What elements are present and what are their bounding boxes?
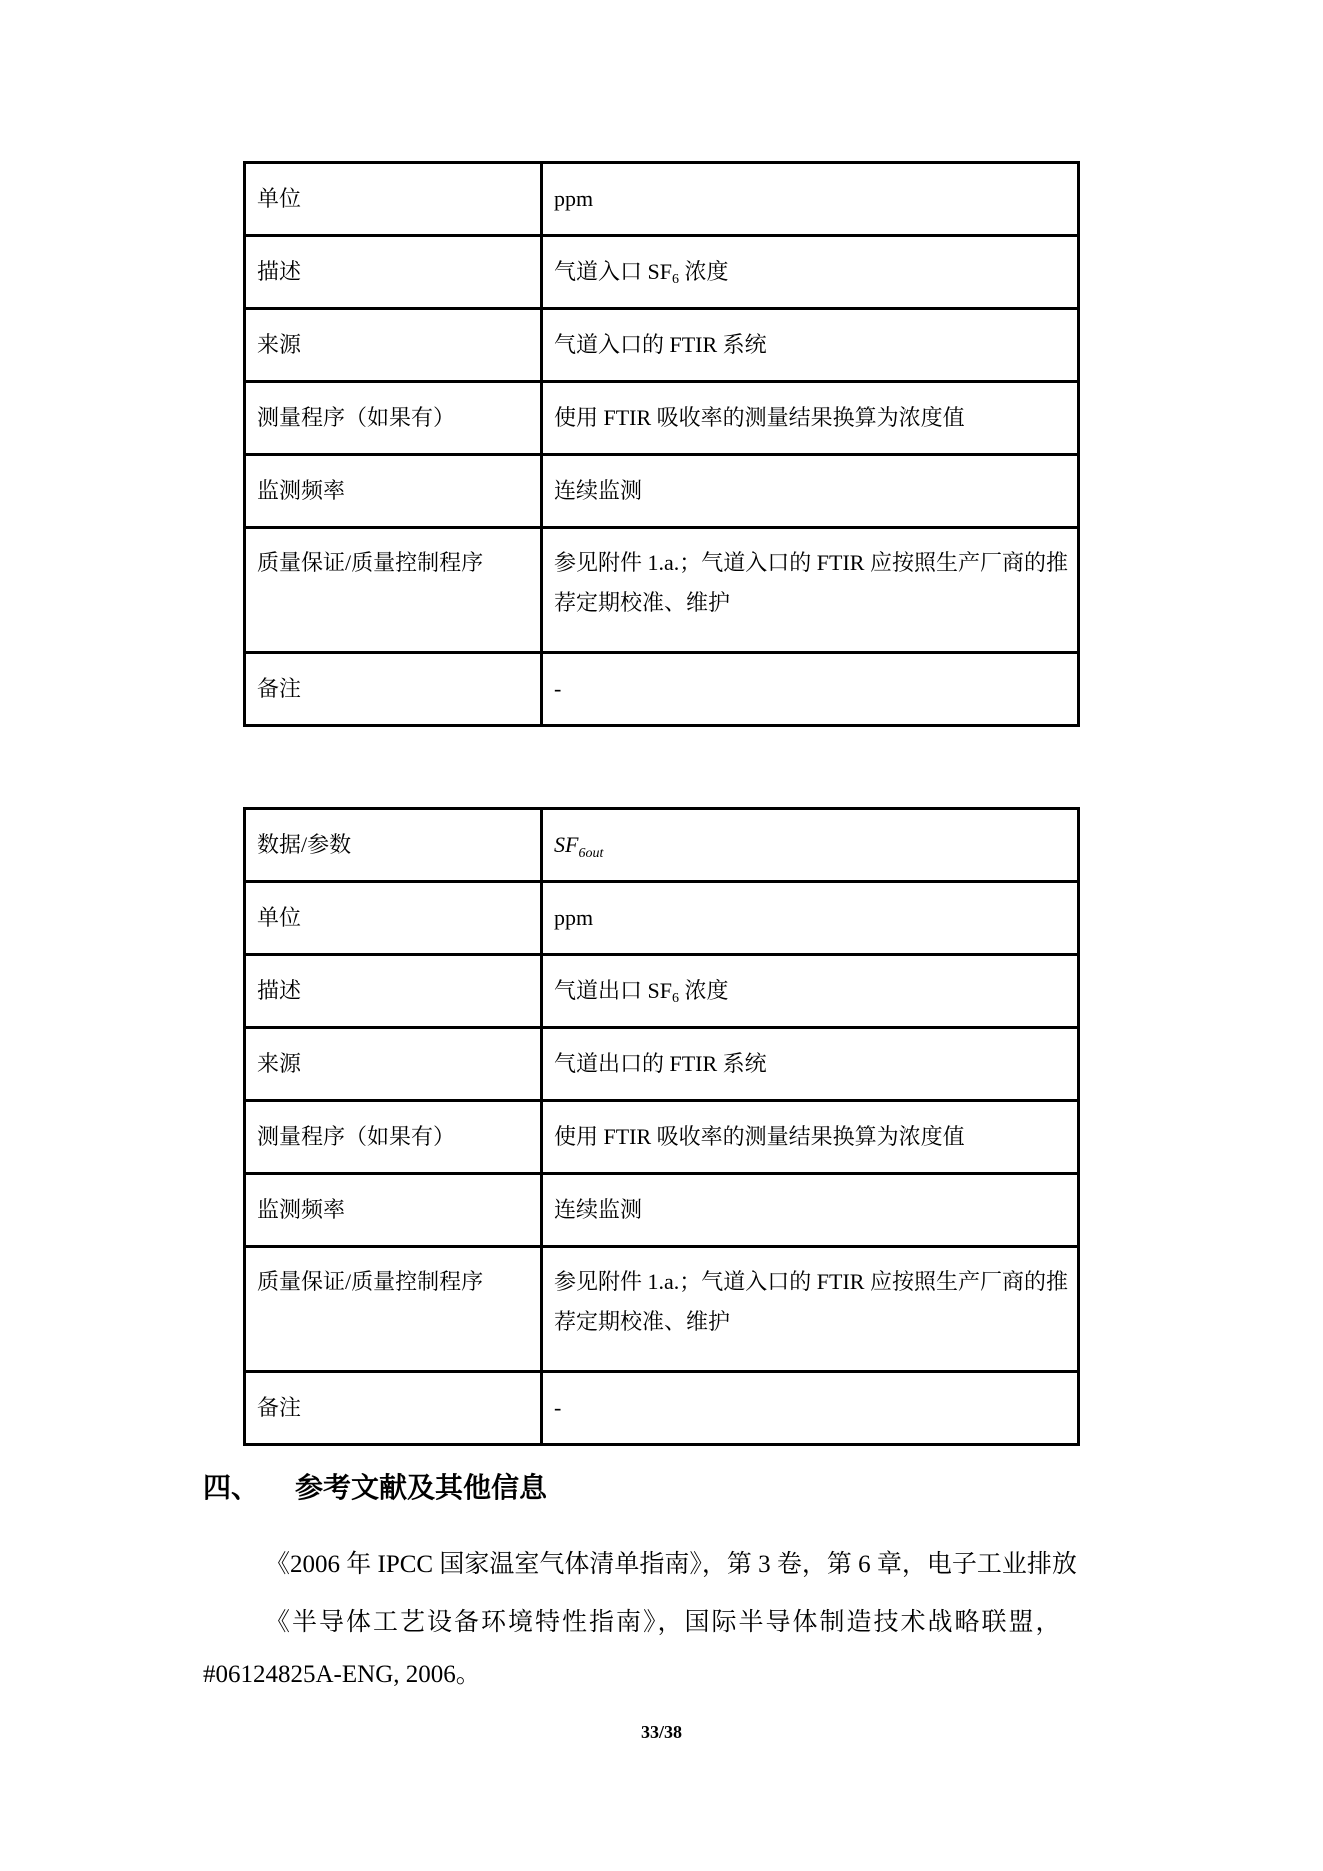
table-row: 备注 - bbox=[245, 653, 1079, 726]
table-row: 监测频率 连续监测 bbox=[245, 1174, 1079, 1247]
row-value: 连续监测 bbox=[542, 455, 1079, 528]
row-value: ppm bbox=[542, 163, 1079, 236]
table-row: 质量保证/质量控制程序 参见附件 1.a.；气道入口的 FTIR 应按照生产厂商… bbox=[245, 1247, 1079, 1372]
subscript: 6 bbox=[672, 272, 679, 287]
row-value: 气道出口的 FTIR 系统 bbox=[542, 1028, 1079, 1101]
row-label: 质量保证/质量控制程序 bbox=[245, 1247, 542, 1372]
row-label: 监测频率 bbox=[245, 1174, 542, 1247]
parameter-table-sf6-out: 数据/参数 SF6out 单位 ppm 描述 气道出口 SF6 浓度 来源 气道… bbox=[243, 807, 1080, 1446]
value-text: 浓度 bbox=[679, 978, 729, 1003]
symbol-subscript: 6out bbox=[578, 846, 603, 861]
reference-item: 《2006 年 IPCC 国家温室气体清单指南》，第 3 卷，第 6 章，电子工… bbox=[203, 1539, 1133, 1591]
table-row: 备注 - bbox=[245, 1372, 1079, 1445]
table-row: 测量程序（如果有） 使用 FTIR 吸收率的测量结果换算为浓度值 bbox=[245, 1101, 1079, 1174]
table-row: 监测频率 连续监测 bbox=[245, 455, 1079, 528]
row-value: - bbox=[542, 653, 1079, 726]
section-heading: 四、参考文献及其他信息 bbox=[203, 1469, 547, 1507]
subscript: 6 bbox=[672, 991, 679, 1006]
row-label: 数据/参数 bbox=[245, 809, 542, 882]
row-label: 来源 bbox=[245, 1028, 542, 1101]
reference-text: 《半导体工艺设备环境特性指南》，国际半导体制造技术战略联盟， bbox=[265, 1609, 1063, 1636]
row-value: - bbox=[542, 1372, 1079, 1445]
row-value: ppm bbox=[542, 882, 1079, 955]
table-row: 单位 ppm bbox=[245, 163, 1079, 236]
value-text: 气道入口 SF bbox=[554, 259, 672, 284]
row-label: 来源 bbox=[245, 309, 542, 382]
table-row: 描述 气道出口 SF6 浓度 bbox=[245, 955, 1079, 1028]
table-row: 数据/参数 SF6out bbox=[245, 809, 1079, 882]
row-value: 气道入口 SF6 浓度 bbox=[542, 236, 1079, 309]
section-number: 四、 bbox=[203, 1469, 295, 1507]
table-row: 测量程序（如果有） 使用 FTIR 吸收率的测量结果换算为浓度值 bbox=[245, 382, 1079, 455]
row-value: 气道出口 SF6 浓度 bbox=[542, 955, 1079, 1028]
table-row: 质量保证/质量控制程序 参见附件 1.a.；气道入口的 FTIR 应按照生产厂商… bbox=[245, 528, 1079, 653]
parameter-table-sf6-in: 单位 ppm 描述 气道入口 SF6 浓度 来源 气道入口的 FTIR 系统 测… bbox=[243, 161, 1080, 727]
row-label: 监测频率 bbox=[245, 455, 542, 528]
parameter-symbol: SF6out bbox=[554, 832, 603, 857]
row-value: 参见附件 1.a.；气道入口的 FTIR 应按照生产厂商的推荐定期校准、维护 bbox=[542, 528, 1079, 653]
table-row: 来源 气道出口的 FTIR 系统 bbox=[245, 1028, 1079, 1101]
row-label: 质量保证/质量控制程序 bbox=[245, 528, 542, 653]
row-value: 使用 FTIR 吸收率的测量结果换算为浓度值 bbox=[542, 1101, 1079, 1174]
row-value: 使用 FTIR 吸收率的测量结果换算为浓度值 bbox=[542, 382, 1079, 455]
row-label: 单位 bbox=[245, 163, 542, 236]
table-row: 单位 ppm bbox=[245, 882, 1079, 955]
row-label: 备注 bbox=[245, 1372, 542, 1445]
row-label: 测量程序（如果有） bbox=[245, 382, 542, 455]
row-label: 测量程序（如果有） bbox=[245, 1101, 542, 1174]
symbol-base: SF bbox=[554, 832, 578, 857]
row-label: 单位 bbox=[245, 882, 542, 955]
row-value: 参见附件 1.a.；气道入口的 FTIR 应按照生产厂商的推荐定期校准、维护 bbox=[542, 1247, 1079, 1372]
row-value: SF6out bbox=[542, 809, 1079, 882]
table-row: 来源 气道入口的 FTIR 系统 bbox=[245, 309, 1079, 382]
row-label: 备注 bbox=[245, 653, 542, 726]
value-text: 浓度 bbox=[679, 259, 729, 284]
row-value: 连续监测 bbox=[542, 1174, 1079, 1247]
table-row: 描述 气道入口 SF6 浓度 bbox=[245, 236, 1079, 309]
row-label: 描述 bbox=[245, 236, 542, 309]
row-value: 气道入口的 FTIR 系统 bbox=[542, 309, 1079, 382]
value-text: 气道出口 SF bbox=[554, 978, 672, 1003]
section-title: 参考文献及其他信息 bbox=[295, 1471, 547, 1504]
row-label: 描述 bbox=[245, 955, 542, 1028]
reference-code: #06124825A-ENG, 2006。 bbox=[203, 1661, 481, 1688]
reference-item: 《半导体工艺设备环境特性指南》，国际半导体制造技术战略联盟，#06124825A… bbox=[203, 1597, 1133, 1701]
page-number: 33/38 bbox=[0, 1719, 1323, 1745]
